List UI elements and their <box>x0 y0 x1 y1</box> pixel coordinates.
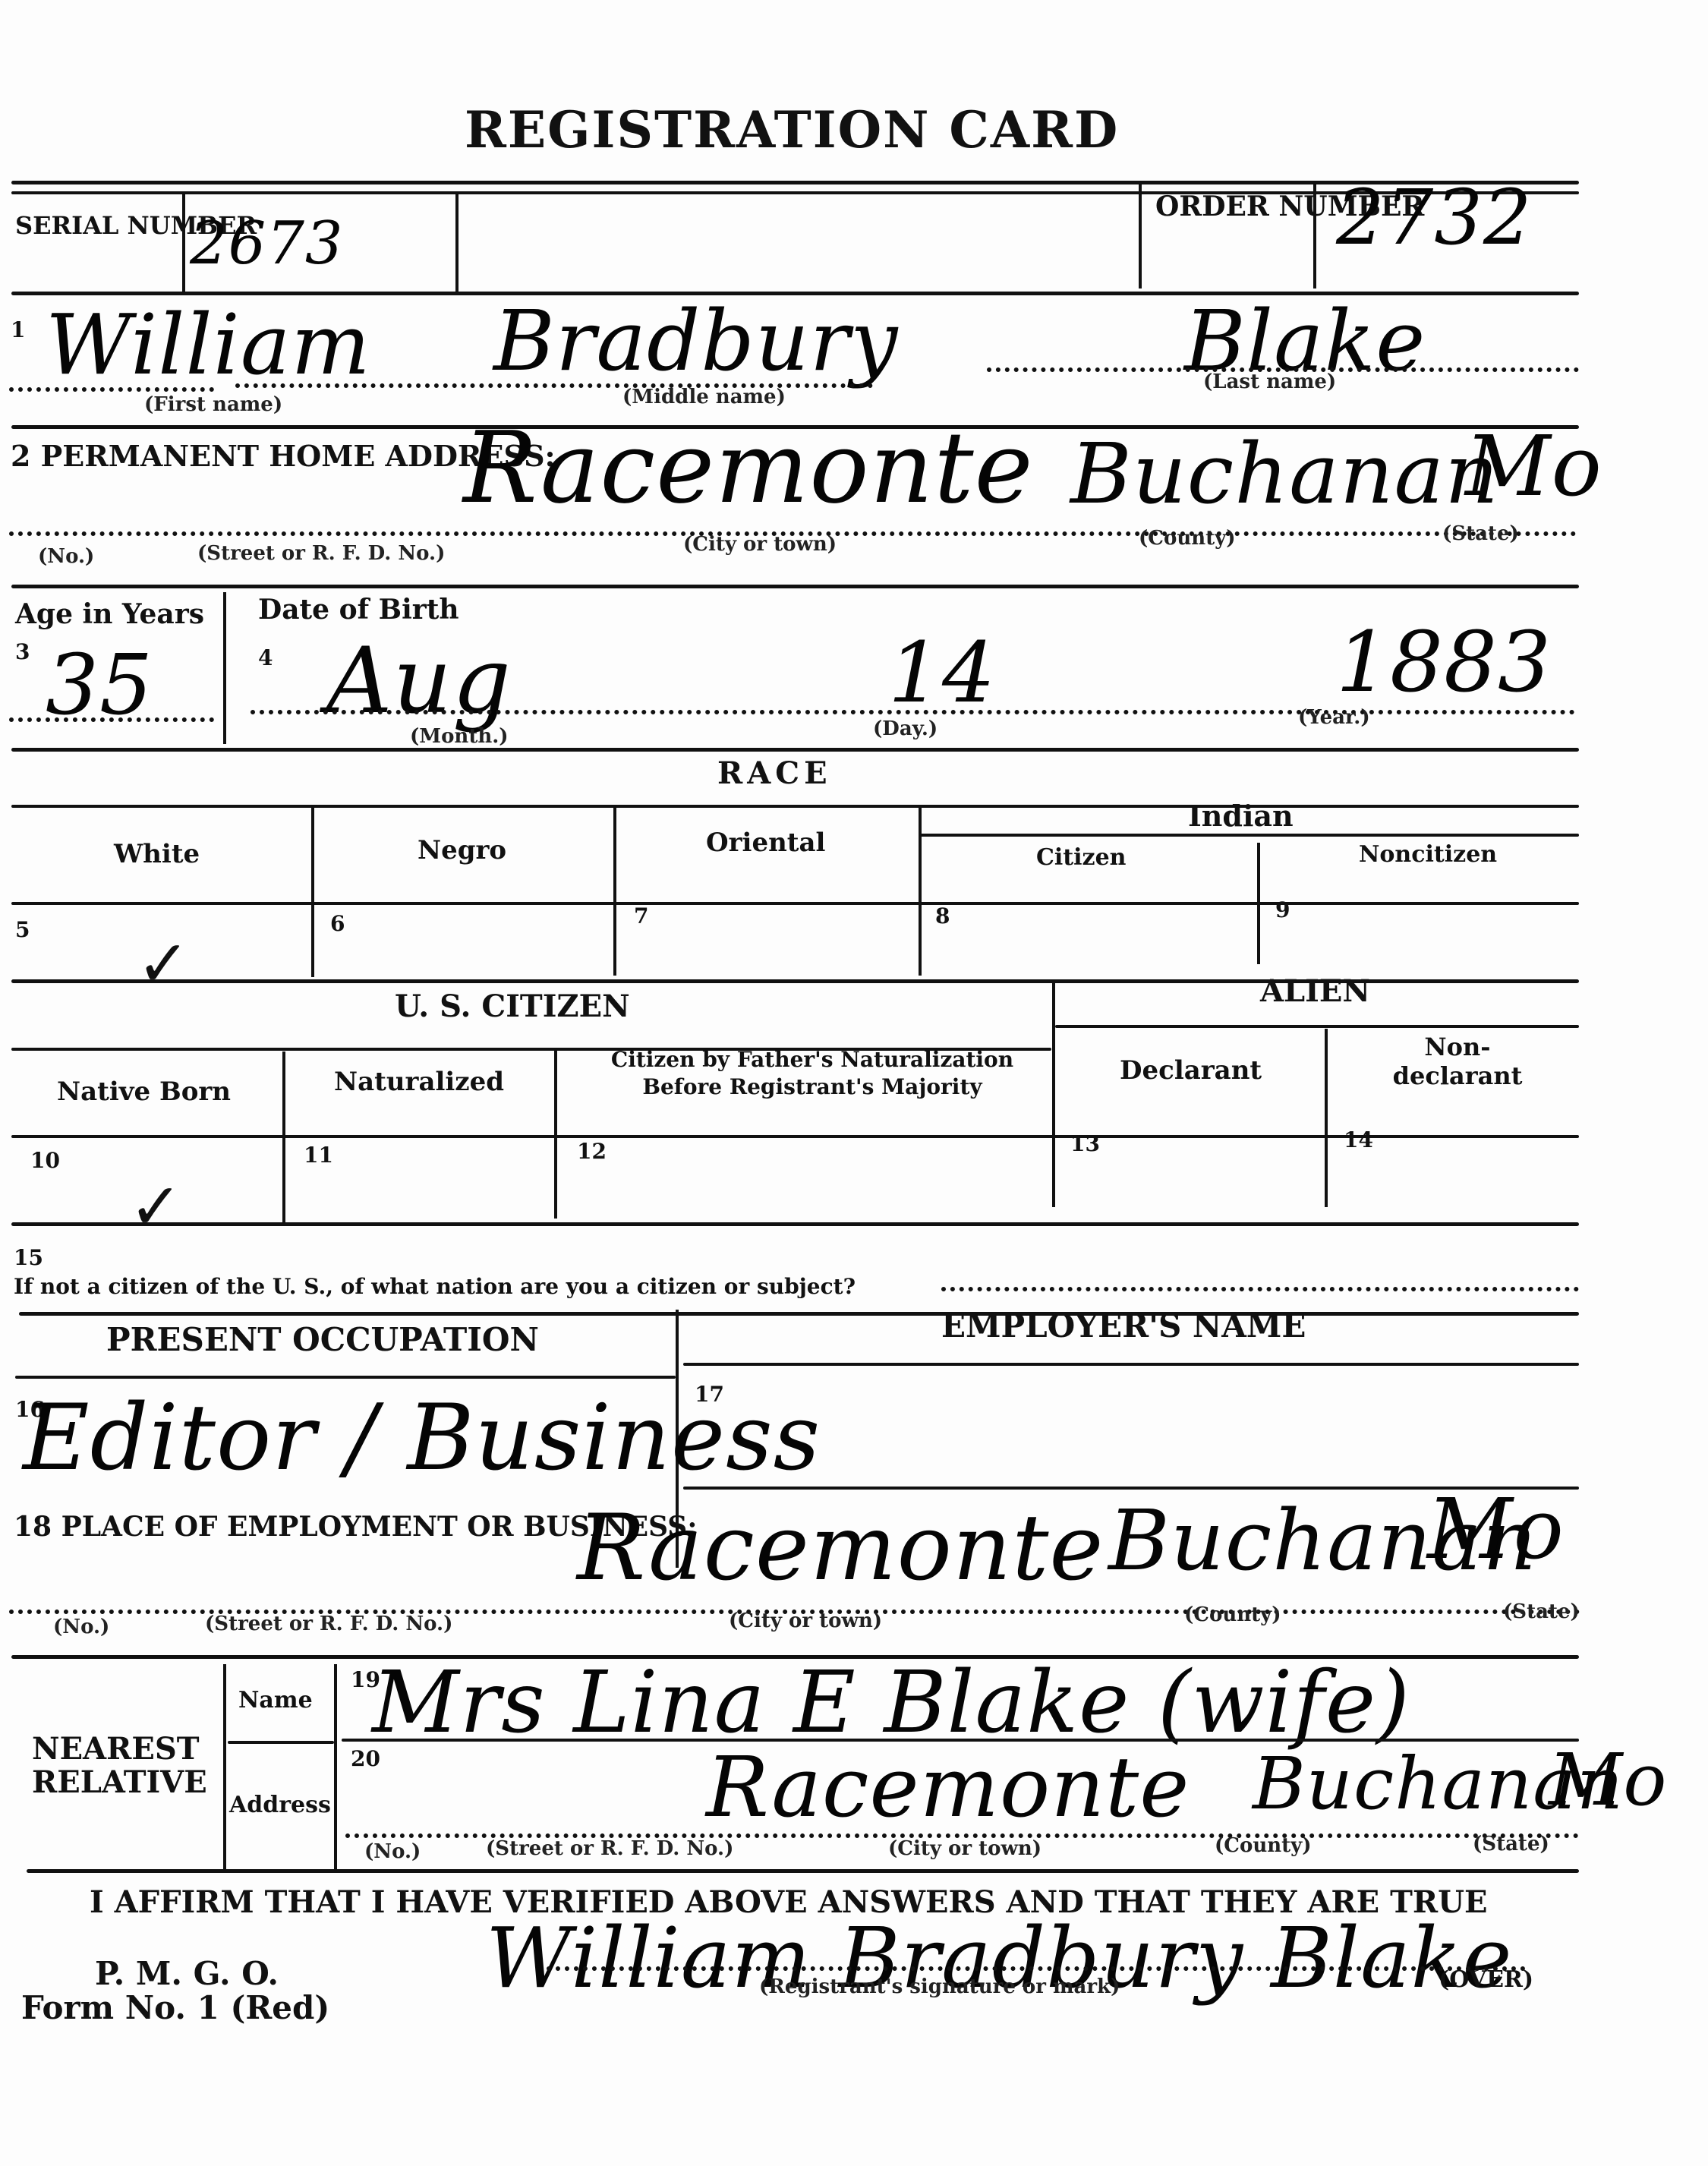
divider <box>613 805 616 976</box>
age-label: Age in Years <box>15 598 204 630</box>
no-caption: (No.) <box>38 545 94 568</box>
birth-line <box>251 710 1575 714</box>
race-heading: RACE <box>717 755 832 791</box>
middle-name-caption: (Middle name) <box>622 386 786 408</box>
no-caption: (No.) <box>53 1616 109 1638</box>
relative-name-label: Name <box>238 1687 313 1714</box>
home-county-value[interactable]: Buchanan <box>1070 425 1499 522</box>
city-caption: (City or town) <box>683 533 837 556</box>
field-number: 13 <box>1070 1131 1100 1156</box>
signature-caption: (Registrant's signature or mark) <box>759 1975 1120 1998</box>
county-caption: (County) <box>1215 1834 1312 1857</box>
divider <box>1325 1029 1328 1207</box>
city-caption: (City or town) <box>888 1837 1042 1860</box>
declarant-label: Declarant <box>1120 1055 1262 1086</box>
relative-name-value[interactable]: Mrs Lina E Blake (wife) <box>372 1654 1410 1752</box>
field-number: 4 <box>258 645 273 670</box>
order-number-label: ORDER NUMBER <box>1155 191 1307 222</box>
divider <box>19 1312 1579 1316</box>
field-number: 3 <box>15 639 30 664</box>
divider <box>182 194 185 293</box>
divider <box>11 805 1579 808</box>
employer-label: EMPLOYER'S NAME <box>941 1307 1306 1345</box>
race-indian-citizen-label: Citizen <box>1036 844 1126 871</box>
middle-name-value[interactable]: Bradbury <box>493 292 898 389</box>
home-city-value[interactable]: Racemonte <box>463 410 1034 525</box>
employment-state-value[interactable]: Mo <box>1427 1480 1565 1578</box>
birth-month-value[interactable]: Aug <box>326 629 512 734</box>
home-state-value[interactable]: Mo <box>1465 418 1602 515</box>
county-caption: (County) <box>1139 527 1236 550</box>
divider <box>1139 182 1142 288</box>
field-number: 7 <box>634 903 648 929</box>
birth-day-value[interactable]: 14 <box>888 624 996 721</box>
divider <box>11 902 1579 905</box>
divider <box>683 1363 1579 1366</box>
month-caption: (Month.) <box>410 725 509 748</box>
form-id: P. M. G. O. <box>95 1955 279 1992</box>
naturalized-label: Naturalized <box>334 1067 504 1097</box>
employment-city-value[interactable]: Racemonte <box>577 1496 1104 1601</box>
divider <box>455 194 459 293</box>
first-name-line <box>9 387 214 392</box>
race-negro-label: Negro <box>418 835 506 865</box>
native-born-label: Native Born <box>57 1077 231 1107</box>
divider <box>11 585 1579 588</box>
birth-year-value[interactable]: 1883 <box>1336 613 1552 711</box>
divider <box>311 806 314 977</box>
form-number: Form No. 1 (Red) <box>21 1989 329 2026</box>
state-caption: (State) <box>1503 1600 1580 1623</box>
last-name-caption: (Last name) <box>1203 370 1336 393</box>
field-number: 6 <box>330 911 345 936</box>
county-caption: (County) <box>1184 1603 1281 1626</box>
state-caption: (State) <box>1473 1833 1549 1855</box>
first-name-value[interactable]: William <box>46 296 371 393</box>
field-number: 1 <box>11 317 25 342</box>
race-oriental-label: Oriental <box>706 828 825 858</box>
nationality-question: If not a citizen of the U. S., of what n… <box>14 1274 856 1299</box>
native-born-checkbox[interactable]: ✓ <box>129 1169 182 1244</box>
street-caption: (Street or R. F. D. No.) <box>486 1837 733 1860</box>
field-number: 10 <box>30 1148 60 1173</box>
street-caption: (Street or R. F. D. No.) <box>205 1613 452 1635</box>
occupation-label: PRESENT OCCUPATION <box>106 1321 539 1358</box>
field-number: 11 <box>304 1143 333 1168</box>
relative-state-value[interactable]: Mo <box>1549 1739 1667 1822</box>
field-number: 12 <box>577 1139 607 1164</box>
field-number: 5 <box>15 917 30 942</box>
citizen-by-father-label: Citizen by Father's Naturalization Befor… <box>577 1046 1048 1101</box>
state-caption: (State) <box>1442 522 1519 545</box>
birth-label: Date of Birth <box>258 594 459 626</box>
race-indian-noncitizen-label: Noncitizen <box>1359 841 1497 868</box>
non-declarant-label: Non-declarant <box>1382 1033 1533 1090</box>
divider <box>228 1741 334 1744</box>
alien-heading: ALIEN <box>1260 973 1370 1009</box>
field-number: 14 <box>1344 1127 1373 1152</box>
us-citizen-heading: U. S. CITIZEN <box>395 988 630 1024</box>
day-caption: (Day.) <box>873 717 938 740</box>
city-caption: (City or town) <box>729 1610 882 1632</box>
first-name-caption: (First name) <box>144 393 282 416</box>
over-label: (OVER) <box>1439 1966 1533 1993</box>
divider <box>919 834 1579 837</box>
divider <box>27 1869 1579 1873</box>
field-number: 8 <box>935 903 950 929</box>
divider <box>1052 979 1055 1207</box>
race-white-checkbox[interactable]: ✓ <box>137 926 190 1001</box>
divider <box>223 592 226 744</box>
divider <box>334 1664 337 1869</box>
divider <box>554 1048 557 1219</box>
indian-heading: Indian <box>1188 799 1294 833</box>
signature-line <box>547 1966 1526 1971</box>
divider <box>1055 1025 1579 1028</box>
nationality-answer-line[interactable] <box>941 1287 1579 1291</box>
field-number: 17 <box>695 1382 724 1407</box>
divider <box>919 805 922 976</box>
divider <box>1313 182 1316 288</box>
card-title: REGISTRATION CARD <box>465 100 1119 159</box>
year-caption: (Year.) <box>1298 706 1370 729</box>
divider <box>223 1664 226 1869</box>
relative-address-label: Address <box>229 1792 331 1818</box>
order-number-value[interactable]: 2732 <box>1336 173 1533 262</box>
relative-city-value[interactable]: Racemonte <box>706 1739 1190 1836</box>
street-caption: (Street or R. F. D. No.) <box>197 542 445 565</box>
serial-number-value[interactable]: 2673 <box>190 210 344 278</box>
nearest-relative-label: NEAREST RELATIVE <box>32 1732 214 1799</box>
field-number: 15 <box>14 1245 43 1270</box>
divider <box>11 1222 1579 1226</box>
field-number: 9 <box>1275 897 1290 922</box>
race-white-label: White <box>114 839 200 869</box>
age-line <box>9 717 214 722</box>
divider <box>15 1376 676 1379</box>
divider <box>11 748 1579 752</box>
no-caption: (No.) <box>364 1840 421 1863</box>
